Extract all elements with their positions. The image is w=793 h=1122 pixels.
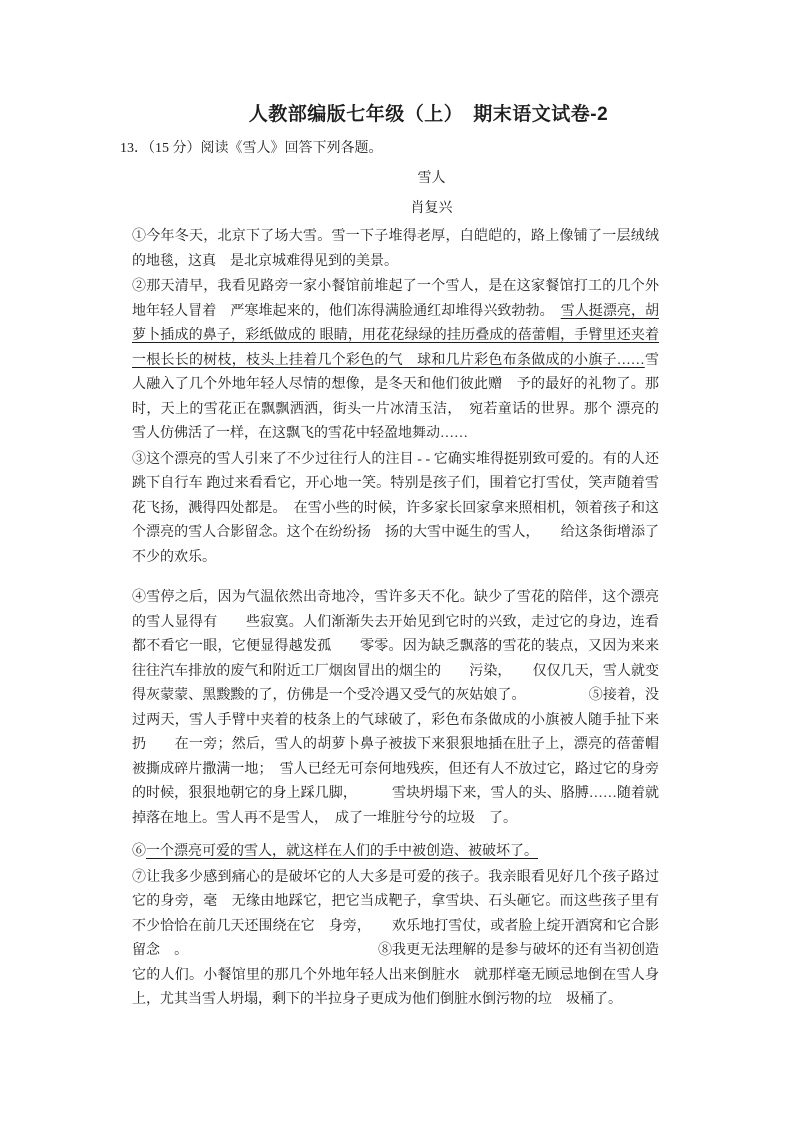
- text-segment: ⑥: [132, 844, 146, 859]
- text-segment: ④雪停之后，因为气温依然出奇地冷，雪许多天不化。缺少了雪花的陪伴，这个漂亮的雪人…: [132, 590, 659, 826]
- paragraph-5: ⑥一个漂亮可爱的雪人，就这样在人们的手中被创造、被破坏了。: [132, 840, 659, 865]
- page-content: 人教部编版七年级（上） 期末语文试卷-2 13．（15 分）阅读《雪人》回答下列…: [0, 0, 793, 1013]
- underlined-text: 一个漂亮可爱的雪人，就这样在人们的手中被创造、被破坏了。: [146, 844, 538, 859]
- exam-title: 人教部编版七年级（上） 期末语文试卷-2: [165, 103, 692, 127]
- paragraph-1: ①今年冬天，北京下了场大雪。雪一下子堆得老厚，白皑皑的，路上像铺了一层绒绒的地毯…: [132, 225, 659, 274]
- paragraph-3: ③这个漂亮的雪人引来了不少过往行人的注目 - - 它确实堆得挺别致可爱的。有的人…: [132, 448, 659, 571]
- paragraph-6: ⑦让我多少感到痛心的是破坏它的人大多是可爱的孩子。我亲眼看见好几个孩子路过它的身…: [132, 866, 659, 1013]
- text-segment: ①今年冬天，北京下了场大雪。雪一下子堆得老厚，白皑皑的，路上像铺了一层绒绒的地毯…: [132, 229, 659, 269]
- paragraph-4: ④雪停之后，因为气温依然出奇地冷，雪许多天不化。缺少了雪花的陪伴，这个漂亮的雪人…: [132, 586, 659, 831]
- article-body: ①今年冬天，北京下了场大雪。雪一下子堆得老厚，白皑皑的，路上像铺了一层绒绒的地毯…: [132, 225, 659, 1013]
- article-title: 雪人: [168, 169, 695, 189]
- text-segment: ⑦让我多少感到痛心的是破坏它的人大多是可爱的孩子。我亲眼看见好几个孩子路过它的身…: [132, 870, 659, 1008]
- question-line: 13．（15 分）阅读《雪人》回答下列各题。: [120, 138, 659, 159]
- text-segment: ③这个漂亮的雪人引来了不少过往行人的注目 - - 它确实堆得挺别致可爱的。有的人…: [132, 452, 659, 565]
- exam-paper-page: 人教部编版七年级（上） 期末语文试卷-2 13．（15 分）阅读《雪人》回答下列…: [0, 0, 793, 1122]
- paragraph-2: ②那天清早，我看见路旁一家小餐馆前堆起了一个雪人，是在这家餐馆打工的几个外地年轻…: [132, 275, 659, 447]
- article-author: 肖复兴: [168, 199, 695, 219]
